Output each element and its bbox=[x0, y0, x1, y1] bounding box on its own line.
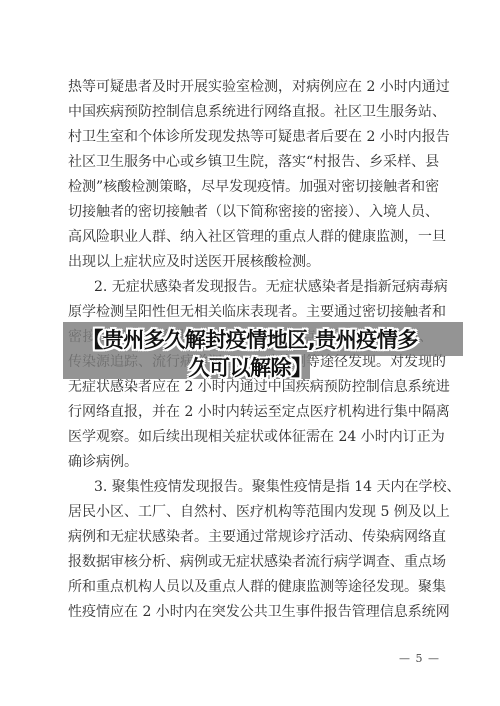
document-line: 村卫生室和个体诊所发现发热等可疑患者后要在 2 小时内报告 bbox=[68, 125, 433, 150]
document-line: 性疫情应在 2 小时内在突发公共卫生事件报告管理信息系统网 bbox=[68, 600, 433, 625]
caption-title-line1: 【贵州多久解封疫情地区,贵州疫情多 bbox=[0, 326, 500, 354]
document-line: 行网络直报，并在 2 小时内转运至定点医疗机构进行集中隔离 bbox=[68, 400, 433, 425]
document-line: 切接触者的密切接触者（以下简称密接的密接）、入境人员、 bbox=[68, 200, 433, 225]
document-line: 热等可疑患者及时开展实验室检测，对病例应在 2 小时内通过 bbox=[68, 75, 433, 100]
document-line: 2. 无症状感染者发现报告。无症状感染者是指新冠病毒病 bbox=[68, 275, 433, 300]
document-line: 医学观察。如后续出现相关症状或体征需在 24 小时内订正为 bbox=[68, 425, 433, 450]
document-line: 社区卫生服务中心或乡镇卫生院，落实“村报告、乡采样、县 bbox=[68, 150, 433, 175]
document-line: 确诊病例。 bbox=[68, 450, 433, 475]
document-line: 出现以上症状应及时送医开展核酸检测。 bbox=[68, 250, 433, 275]
document-line: 高风险职业人群、纳入社区管理的重点人群的健康监测，一旦 bbox=[68, 225, 433, 250]
document-line: 3. 聚集性疫情发现报告。聚集性疫情是指 14 天内在学校、 bbox=[68, 475, 433, 500]
document-line: 所和重点机构人员以及重点人群的健康监测等途径发现。聚集 bbox=[68, 575, 433, 600]
document-line: 中国疾病预防控制信息系统进行网络直报。社区卫生服务站、 bbox=[68, 100, 433, 125]
caption-title-line2: 久可以解除】 bbox=[0, 354, 500, 382]
document-page: 热等可疑患者及时开展实验室检测，对病例应在 2 小时内通过中国疾病预防控制信息系… bbox=[0, 0, 500, 706]
document-line: 病例和无症状感染者。主要通过常规诊疗活动、传染病网络直 bbox=[68, 525, 433, 550]
document-line: 居民小区、工厂、自然村、医疗机构等范围内发现 5 例及以上 bbox=[68, 500, 433, 525]
document-line: 报数据审核分析、病例或无症状感染者流行病学调查、重点场 bbox=[68, 550, 433, 575]
caption-overlay: 【贵州多久解封疫情地区,贵州疫情多 久可以解除】 bbox=[0, 326, 500, 382]
page-number: — 5 — bbox=[399, 652, 440, 665]
document-line: 检测”核酸检测策略，尽早发现疫情。加强对密切接触者和密 bbox=[68, 175, 433, 200]
